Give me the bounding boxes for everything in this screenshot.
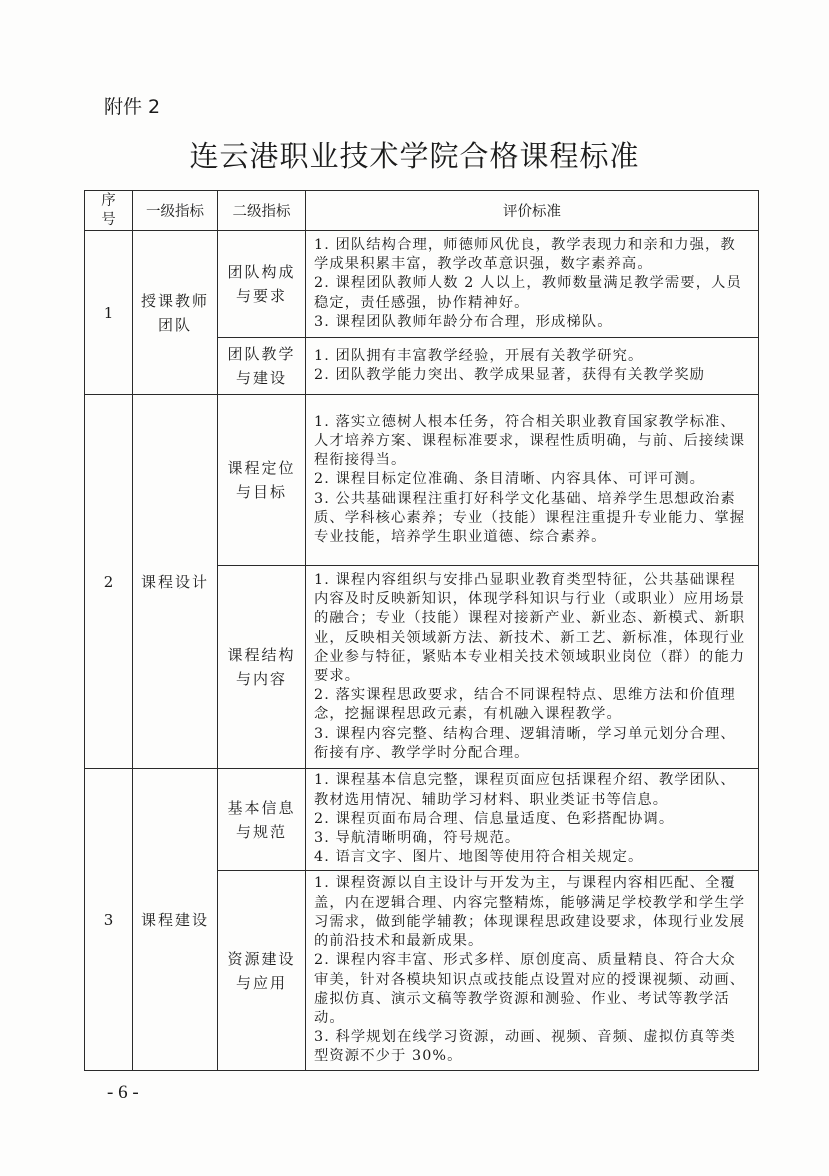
criteria-cell: 1. 团队拥有丰富教学经验，开展有关教学研究。 2. 团队教学能力突出、教学成果… [306, 338, 759, 395]
header-level1: 一级指标 [133, 191, 218, 231]
criteria-cell: 1. 课程基本信息完整，课程页面应包括课程介绍、教学团队、教材选用情况、辅助学习… [306, 769, 759, 871]
level2-indicator: 课程结构 与内容 [218, 566, 306, 769]
section-number: 3 [85, 769, 133, 1071]
level2-indicator: 基本信息 与规范 [218, 769, 306, 871]
level1-indicator: 课程建设 [133, 769, 218, 1071]
table-row: 3 课程建设 基本信息 与规范 1. 课程基本信息完整，课程页面应包括课程介绍、… [85, 769, 759, 871]
section-number: 1 [85, 231, 133, 395]
level2-indicator: 团队教学 与建设 [218, 338, 306, 395]
criterion: 1. 课程资源以自主设计与开发为主，与课程内容相匹配、全覆盖，内在逻辑合理、内容… [314, 874, 750, 951]
page-number: - 6 - [107, 1082, 139, 1104]
criterion: 4. 语言文字、图片、地图等使用符合相关规定。 [314, 848, 750, 867]
table-row: 2 课程设计 课程定位 与目标 1. 落实立德树人根本任务，符合相关职业教育国家… [85, 395, 759, 566]
level1-indicator: 授课教师 团队 [133, 231, 218, 395]
level1-indicator: 课程设计 [133, 395, 218, 769]
course-standard-table: 序 号 一级指标 二级指标 评价标准 1 授课教师 团队 团队构成 与要求 1.… [84, 190, 759, 1071]
table-header-row: 序 号 一级指标 二级指标 评价标准 [85, 191, 759, 231]
level2-indicator: 资源建设 与应用 [218, 871, 306, 1071]
criteria-cell: 1. 课程资源以自主设计与开发为主，与课程内容相匹配、全覆盖，内在逻辑合理、内容… [306, 871, 759, 1071]
criterion: 3. 课程内容完整、结构合理、逻辑清晰，学习单元划分合理、衔接有序、教学学时分配… [314, 725, 750, 763]
attachment-label: 附件 2 [104, 92, 160, 119]
table-row: 1 授课教师 团队 团队构成 与要求 1. 团队结构合理，师德师风优良，教学表现… [85, 231, 759, 338]
level2-indicator: 团队构成 与要求 [218, 231, 306, 338]
criteria-cell: 1. 团队结构合理，师德师风优良，教学表现力和亲和力强，教学成果积累丰富，教学改… [306, 231, 759, 338]
criterion: 1. 课程内容组织与安排凸显职业教育类型特征，公共基础课程内容及时反映新知识，体… [314, 571, 750, 686]
criterion: 2. 团队教学能力突出、教学成果显著，获得有关教学奖励 [314, 366, 750, 385]
criterion: 1. 课程基本信息完整，课程页面应包括课程介绍、教学团队、教材选用情况、辅助学习… [314, 771, 750, 809]
criterion: 1. 落实立德树人根本任务，符合相关职业教育国家教学标准、人才培养方案、课程标准… [314, 413, 750, 471]
criterion: 3. 公共基础课程注重打好科学文化基础、培养学生思想政治素质、学科核心素养；专业… [314, 490, 750, 548]
section-number: 2 [85, 395, 133, 769]
criterion: 2. 课程页面布局合理、信息量适度、色彩搭配协调。 [314, 810, 750, 829]
criterion: 2. 课程团队教师人数 2 人以上，教师数量满足教学需要，人员稳定，责任感强，协… [314, 274, 750, 312]
document-title: 连云港职业技术学院合格课程标准 [0, 134, 829, 175]
header-no: 序 号 [85, 191, 133, 231]
criterion: 1. 团队拥有丰富教学经验，开展有关教学研究。 [314, 347, 750, 366]
header-criteria: 评价标准 [306, 191, 759, 231]
criteria-cell: 1. 落实立德树人根本任务，符合相关职业教育国家教学标准、人才培养方案、课程标准… [306, 395, 759, 566]
criterion: 1. 团队结构合理，师德师风优良，教学表现力和亲和力强，教学成果积累丰富，教学改… [314, 236, 750, 274]
header-level2: 二级指标 [218, 191, 306, 231]
criterion: 2. 落实课程思政要求，结合不同课程特点、思维方法和价值理念，挖掘课程思政元素，… [314, 686, 750, 724]
criterion: 3. 导航清晰明确，符号规范。 [314, 829, 750, 848]
criterion: 3. 科学规划在线学习资源，动画、视频、音频、虚拟仿真等类型资源不少于 30%。 [314, 1028, 750, 1066]
level2-indicator: 课程定位 与目标 [218, 395, 306, 566]
criterion: 2. 课程目标定位准确、条目清晰、内容具体、可评可测。 [314, 470, 750, 489]
criteria-cell: 1. 课程内容组织与安排凸显职业教育类型特征，公共基础课程内容及时反映新知识，体… [306, 566, 759, 769]
criterion: 2. 课程内容丰富、形式多样、原创度高、质量精良、符合大众审美，针对各模块知识点… [314, 951, 750, 1028]
criterion: 3. 课程团队教师年龄分布合理，形成梯队。 [314, 313, 750, 332]
